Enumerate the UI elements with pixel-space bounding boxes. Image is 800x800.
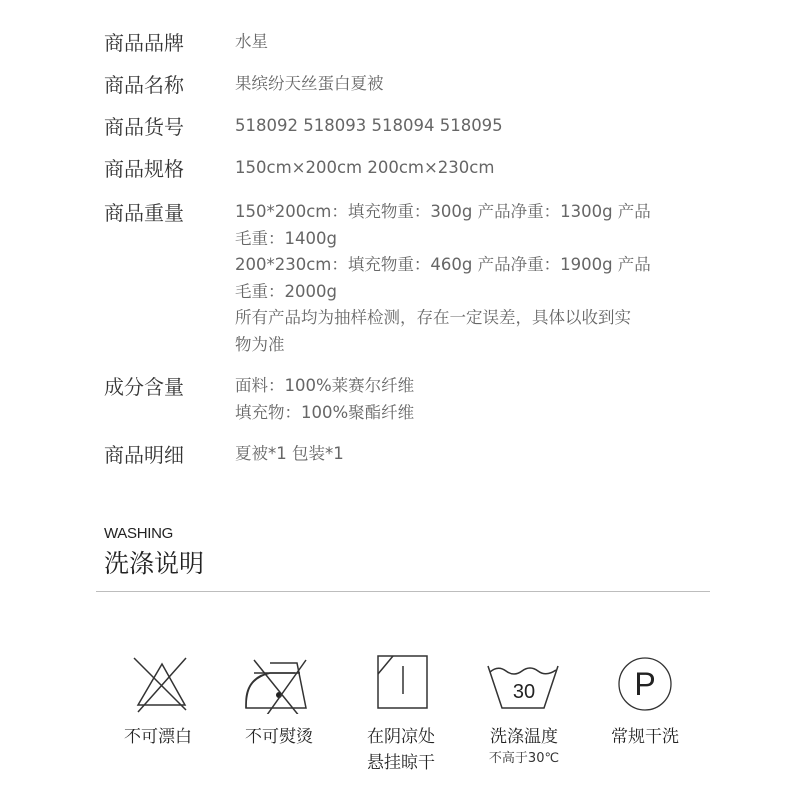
spec-value-line: 夏被*1 包装*1 bbox=[235, 441, 704, 468]
spec-value-line: 水星 bbox=[235, 29, 704, 56]
care-item-no-iron: 不可熨烫 bbox=[219, 650, 339, 750]
product-specs: 商品品牌 水星 商品名称 果缤纷天丝蛋白夏被 商品货号 518092 51809… bbox=[104, 28, 704, 480]
spec-row-size: 商品规格 150cm×200cm 200cm×230cm bbox=[104, 154, 704, 198]
spec-row-name: 商品名称 果缤纷天丝蛋白夏被 bbox=[104, 70, 704, 112]
section-divider bbox=[96, 591, 710, 592]
care-caption: 洗涤温度 bbox=[464, 724, 584, 750]
spec-value-line: 所有产品均为抽样检测，存在一定误差，具体以收到实 bbox=[235, 305, 704, 332]
care-caption: 不可漂白 bbox=[98, 724, 218, 750]
care-icons: 不可漂白 不可熨烫 在阴凉处 悬挂晾干 30 洗涤温度 不高于30 bbox=[0, 650, 800, 800]
spec-value: 水星 bbox=[235, 28, 704, 56]
spec-value: 果缤纷天丝蛋白夏被 bbox=[235, 70, 704, 98]
spec-value-line: 物为准 bbox=[235, 332, 704, 359]
svg-text:P: P bbox=[634, 666, 655, 702]
spec-label: 商品规格 bbox=[104, 154, 235, 184]
spec-value-line: 毛重：2000g bbox=[235, 279, 704, 306]
spec-value: 夏被*1 包装*1 bbox=[235, 440, 704, 468]
dry-clean-p-icon: P bbox=[613, 650, 677, 714]
care-caption: 常规干洗 bbox=[585, 724, 705, 750]
care-caption: 不可熨烫 bbox=[219, 724, 339, 750]
care-subcaption: 不高于30℃ bbox=[464, 750, 584, 768]
spec-value: 518092 518093 518094 518095 bbox=[235, 112, 704, 140]
care-item-line-dry-shade: 在阴凉处 悬挂晾干 bbox=[341, 650, 461, 776]
spec-value-line: 毛重：1400g bbox=[235, 226, 704, 253]
care-caption-line: 在阴凉处 bbox=[367, 727, 435, 747]
spec-value-line: 200*230cm：填充物重：460g 产品净重：1900g 产品 bbox=[235, 252, 704, 279]
spec-value: 面料：100%莱赛尔纤维 填充物：100%聚酯纤维 bbox=[235, 372, 704, 426]
spec-value-line: 150cm×200cm 200cm×230cm bbox=[235, 155, 704, 182]
care-caption-line: 悬挂晾干 bbox=[367, 753, 435, 773]
spec-value-line: 填充物：100%聚酯纤维 bbox=[235, 400, 704, 427]
spec-row-contents: 商品明细 夏被*1 包装*1 bbox=[104, 440, 704, 480]
spec-value-line: 面料：100%莱赛尔纤维 bbox=[235, 373, 704, 400]
spec-row-composition: 成分含量 面料：100%莱赛尔纤维 填充物：100%聚酯纤维 bbox=[104, 372, 704, 440]
spec-label: 成分含量 bbox=[104, 372, 235, 402]
line-dry-shade-icon bbox=[369, 650, 433, 714]
spec-label: 商品货号 bbox=[104, 112, 235, 142]
spec-value-line: 518092 518093 518094 518095 bbox=[235, 113, 704, 140]
care-caption: 在阴凉处 悬挂晾干 bbox=[341, 724, 461, 776]
spec-value: 150cm×200cm 200cm×230cm bbox=[235, 154, 704, 182]
no-iron-icon bbox=[234, 650, 324, 714]
spec-label: 商品名称 bbox=[104, 70, 235, 100]
care-item-no-bleach: 不可漂白 bbox=[98, 650, 218, 750]
wash-30-icon: 30 bbox=[482, 650, 566, 714]
spec-value-line: 150*200cm：填充物重：300g 产品净重：1300g 产品 bbox=[235, 199, 704, 226]
spec-value-line: 果缤纷天丝蛋白夏被 bbox=[235, 71, 704, 98]
spec-label: 商品品牌 bbox=[104, 28, 235, 58]
washing-section-header: WASHING 洗涤说明 bbox=[104, 525, 204, 580]
care-item-wash-30: 30 洗涤温度 不高于30℃ bbox=[464, 650, 584, 768]
washing-title-cn: 洗涤说明 bbox=[104, 544, 204, 580]
spec-value: 150*200cm：填充物重：300g 产品净重：1300g 产品 毛重：140… bbox=[235, 198, 704, 358]
spec-label: 商品明细 bbox=[104, 440, 235, 470]
no-bleach-icon bbox=[126, 650, 190, 714]
spec-label: 商品重量 bbox=[104, 198, 235, 228]
svg-text:30: 30 bbox=[513, 681, 535, 703]
washing-title-en: WASHING bbox=[104, 525, 204, 542]
spec-row-weight: 商品重量 150*200cm：填充物重：300g 产品净重：1300g 产品 毛… bbox=[104, 198, 704, 372]
care-item-dry-clean: P 常规干洗 bbox=[585, 650, 705, 750]
spec-row-sku: 商品货号 518092 518093 518094 518095 bbox=[104, 112, 704, 154]
spec-row-brand: 商品品牌 水星 bbox=[104, 28, 704, 70]
